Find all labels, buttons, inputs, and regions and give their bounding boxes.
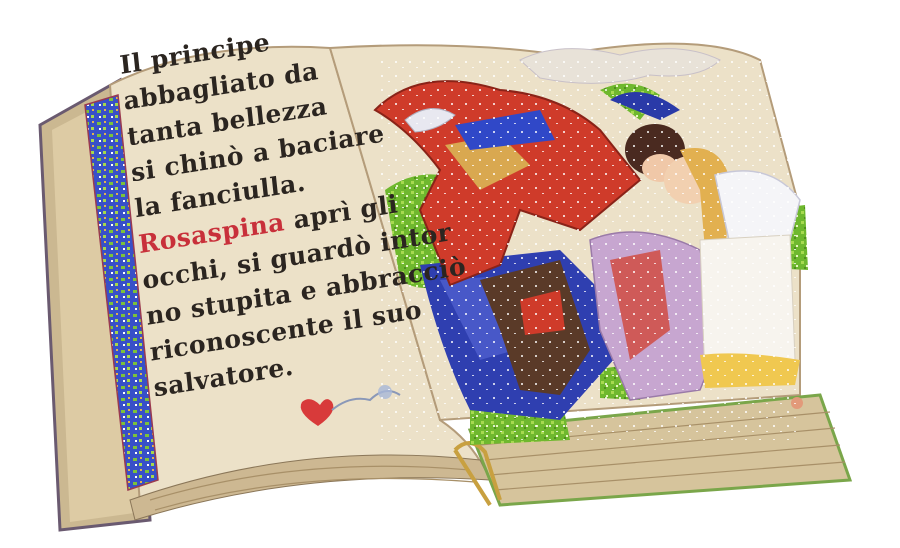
story-text: Il principe abbagliato da tanta bellezza… bbox=[118, 0, 484, 426]
book-illustration: Il principe abbagliato da tanta bellezza… bbox=[0, 0, 900, 548]
